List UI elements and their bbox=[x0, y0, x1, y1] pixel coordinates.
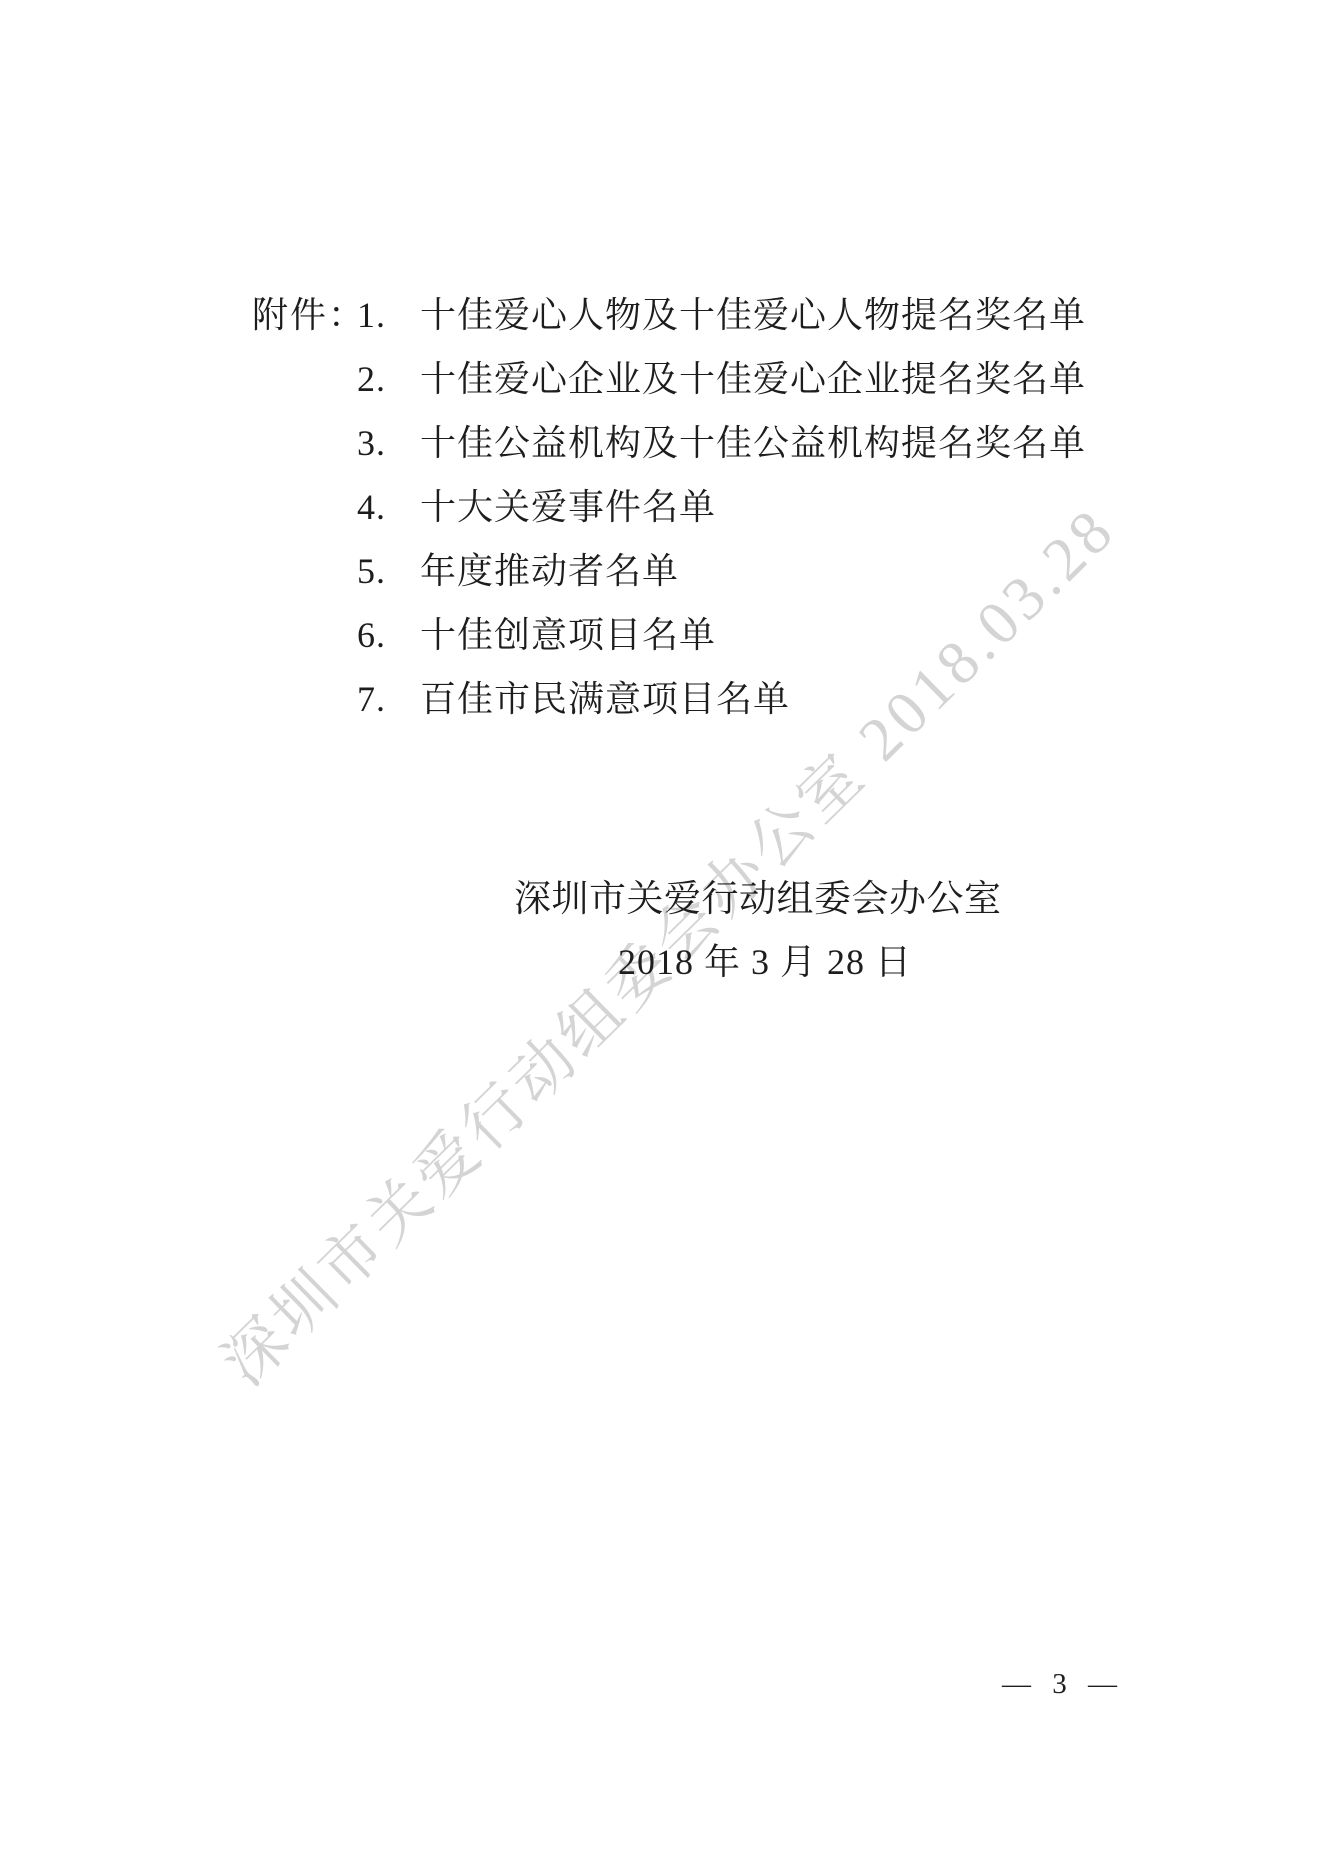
item-text: 十佳创意项目名单 bbox=[420, 603, 716, 667]
signature-date: 2018 年 3 月 28 日 bbox=[618, 942, 912, 982]
page-number: — 3 — bbox=[1002, 1667, 1124, 1701]
document-page: 深圳市关爱行动组委会办公室 2018.03.28 附件： 1. 十佳爱心人物及十… bbox=[0, 0, 1323, 1871]
item-number: 7. bbox=[357, 667, 420, 731]
attachment-item: 7. 百佳市民满意项目名单 bbox=[252, 667, 1086, 731]
attachments-label: 附件： bbox=[252, 283, 357, 347]
item-number: 6. bbox=[357, 603, 420, 667]
item-number: 2. bbox=[357, 347, 420, 411]
attachment-item: 3. 十佳公益机构及十佳公益机构提名奖名单 bbox=[252, 411, 1086, 475]
attachment-item: 4. 十大关爱事件名单 bbox=[252, 475, 1086, 539]
item-text: 十佳爱心企业及十佳爱心企业提名奖名单 bbox=[420, 347, 1086, 411]
item-number: 5. bbox=[357, 539, 420, 603]
item-number: 3. bbox=[357, 411, 420, 475]
attachment-item: 2. 十佳爱心企业及十佳爱心企业提名奖名单 bbox=[252, 347, 1086, 411]
item-text: 十佳爱心人物及十佳爱心人物提名奖名单 bbox=[420, 283, 1086, 347]
attachment-item: 附件： 1. 十佳爱心人物及十佳爱心人物提名奖名单 bbox=[252, 283, 1086, 347]
item-number: 1. bbox=[357, 283, 420, 347]
item-text: 十佳公益机构及十佳公益机构提名奖名单 bbox=[420, 411, 1086, 475]
attachment-item: 6. 十佳创意项目名单 bbox=[252, 603, 1086, 667]
item-number: 4. bbox=[357, 475, 420, 539]
item-text: 百佳市民满意项目名单 bbox=[420, 667, 790, 731]
item-text: 十大关爱事件名单 bbox=[420, 475, 716, 539]
signature-organization: 深圳市关爱行动组委会办公室 bbox=[514, 880, 1002, 920]
attachment-item: 5. 年度推动者名单 bbox=[252, 539, 1086, 603]
attachment-list: 附件： 1. 十佳爱心人物及十佳爱心人物提名奖名单 2. 十佳爱心企业及十佳爱心… bbox=[252, 283, 1086, 731]
item-text: 年度推动者名单 bbox=[420, 539, 679, 603]
